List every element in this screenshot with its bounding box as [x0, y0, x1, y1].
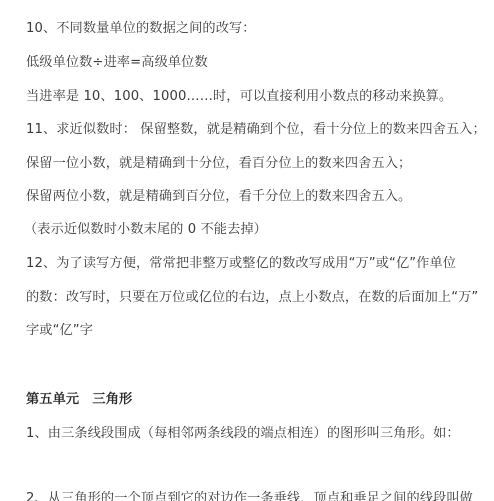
paragraph-11-line-2: 保留一位小数，就是精确到十分位，看百分位上的数来四舍五入；: [26, 155, 411, 173]
paragraph-10-title: 10、不同数量单位的数据之间的改写：: [26, 20, 256, 38]
paragraph-10-note: 当进率是 10、100、1000……时，可以直接利用小数点的移动来换算。: [26, 88, 452, 106]
paragraph-12-line-2: 的数：改写时，只要在万位或亿位的右边，点上小数点，在数的后面加上“万”: [26, 289, 478, 307]
section-paragraph-2: 2、从三角形的一个顶点到它的对边作一条垂线，顶点和垂足之间的线段叫做: [26, 490, 473, 501]
paragraph-11-line-1: 11、求近似数时： 保留整数，就是精确到个位，看十分位上的数来四舍五入；: [26, 121, 486, 139]
section-paragraph-1: 1、由三条线段围成（每相邻两条线段的端点相连）的图形叫三角形。如：: [26, 425, 460, 443]
paragraph-12-line-3: 字或“亿”字: [26, 322, 93, 340]
paragraph-11-line-3: 保留两位小数，就是精确到百分位，看千分位上的数来四舍五入。: [26, 188, 411, 206]
paragraph-11-note: （表示近似数时小数末尾的 0 不能去掉）: [24, 221, 267, 239]
paragraph-10-formula: 低级单位数÷进率=高级单位数: [26, 54, 208, 72]
section-heading: 第五单元 三角形: [26, 391, 132, 409]
paragraph-12-line-1: 12、为了读写方便，常常把非整万或整亿的数改写成用“万”或“亿”作单位: [26, 255, 456, 273]
